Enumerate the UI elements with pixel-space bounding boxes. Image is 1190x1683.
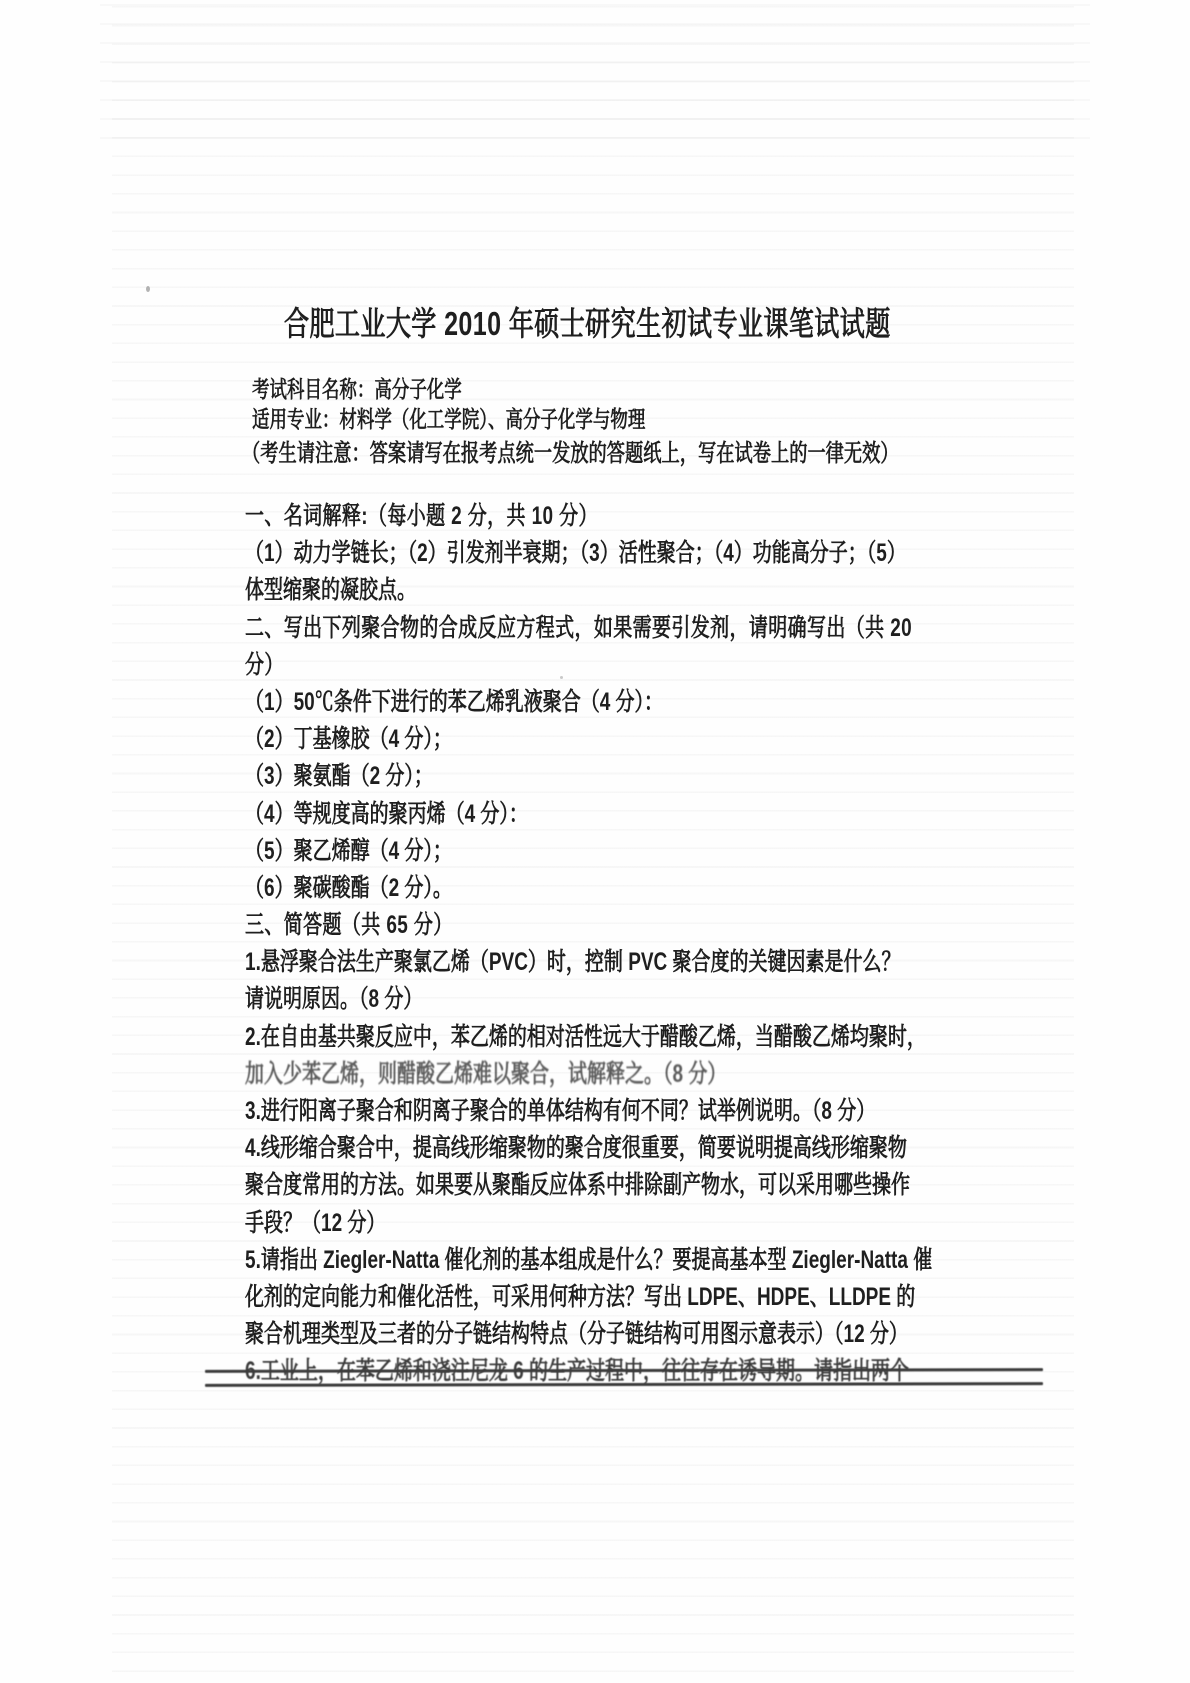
section-heading: 二、写出下列聚合物的合成反应方程式，如果需要引发剂，请明确写出（共 20 [245,610,929,647]
document-line: 手段？（12 分） [245,1205,929,1242]
document-line: （5）聚乙烯醇（4 分）； [245,833,929,870]
document-line: （6）聚碳酸酯（2 分）。 [245,870,929,907]
section-heading: 一、名词解释:（每小题 2 分，共 10 分） [245,498,929,535]
document-line: 5.请指出 Ziegler-Natta 催化剂的基本组成是什么？要提高基本型 Z… [245,1242,929,1279]
subject-line: 考试科目名称：高分子化学 [252,376,462,404]
document-line: （1）50℃条件下进行的苯乙烯乳液聚合（4 分）： [245,684,929,721]
document-line: 聚合机理类型及三者的分子链结构特点（分子链结构可用图示意表示）（12 分） [245,1316,929,1353]
document-line: （4）等规度高的聚丙烯（4 分）： [245,796,929,833]
notice-line: （考生请注意：答案请写在报考点统一发放的答题纸上，写在试卷上的一律无效） [242,440,899,469]
document-line: 加入少苯乙烯，则醋酸乙烯难以聚合，试解释之。（8 分） [245,1056,929,1093]
scan-speck [146,286,150,292]
section-heading: 分） [245,647,929,684]
document-line: （1）动力学链长；（2）引发剂半衰期；（3）活性聚合；（4）功能高分子；（5） [245,535,929,572]
document-line: （3）聚氨酯（2 分）； [245,758,929,795]
document-line: 3.进行阳离子聚合和阴离子聚合的单体结构有何不同？试举例说明。（8 分） [245,1093,929,1130]
exam-body: 一、名词解释:（每小题 2 分，共 10 分）（1）动力学链长；（2）引发剂半衰… [245,498,1145,1391]
document-line: 4.线形缩合聚合中，提高线形缩聚物的聚合度很重要，简要说明提高线形缩聚物 [245,1130,929,1167]
document-line: 2.在自由基共聚反应中，苯乙烯的相对活性远大于醋酸乙烯，当醋酸乙烯均聚时， [245,1019,929,1056]
document-line: 体型缩聚的凝胶点。 [245,572,929,609]
majors-line: 适用专业：材料学（化工学院）、高分子化学与物理 [252,406,645,434]
document-line: 1.悬浮聚合法生产聚氯乙烯（PVC）时，控制 PVC 聚合度的关键因素是什么？ [245,944,929,981]
document-line: 聚合度常用的方法。如果要从聚酯反应体系中排除副产物水，可以采用哪些操作 [245,1167,929,1204]
scan-artifact-overlay-top [100,4,1090,154]
document-line: （2）丁基橡胶（4 分）； [245,721,929,758]
document-line: 请说明原因。（8 分） [245,981,929,1018]
section-heading: 三、简答题（共 65 分） [245,907,929,944]
page-title: 合肥工业大学 2010 年硕士研究生初试专业课笔试试题 [284,306,891,342]
document-line: 化剂的定向能力和催化活性，可采用何种方法？写出 LDPE、HDPE、LLDPE … [245,1279,929,1316]
exam-paper-page: 合肥工业大学 2010 年硕士研究生初试专业课笔试试题 考试科目名称：高分子化学… [0,0,1190,1683]
